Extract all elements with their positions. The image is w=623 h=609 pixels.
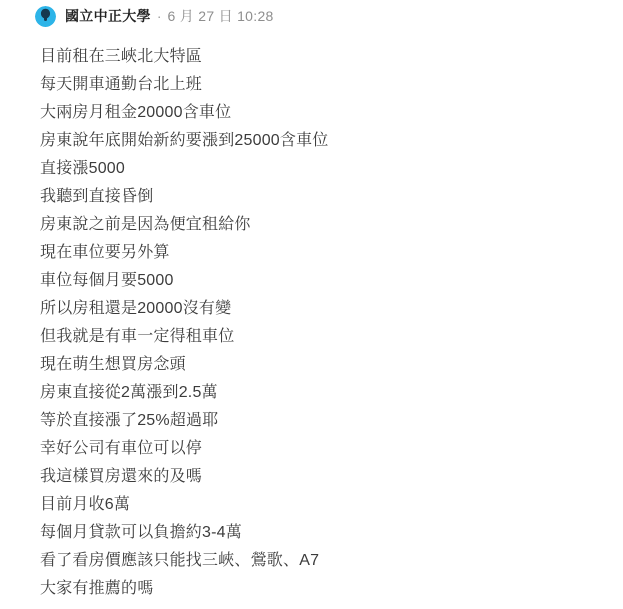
post-line: 我這樣買房還來的及嗎 (40, 463, 603, 491)
person-silhouette-icon (35, 6, 56, 27)
post-body: 目前租在三峽北大特區每天開車通勤台北上班大兩房月租金20000含車位房東說年底開… (40, 43, 603, 603)
separator-dot: · (157, 8, 162, 24)
post-line: 每天開車通勤台北上班 (40, 71, 603, 99)
post-line: 大家有推薦的嗎 (40, 575, 603, 603)
post-line: 現在車位要另外算 (40, 239, 603, 267)
author-name[interactable]: 國立中正大學 (65, 6, 151, 26)
post-timestamp: 6 月 27 日 10:28 (167, 6, 273, 26)
post-line: 我聽到直接昏倒 (40, 183, 603, 211)
post-header: 國立中正大學 · 6 月 27 日 10:28 (35, 5, 623, 27)
post-line: 直接漲5000 (40, 155, 603, 183)
avatar[interactable] (35, 6, 56, 27)
post-line: 等於直接漲了25%超過耶 (40, 407, 603, 435)
post-line: 所以房租還是20000沒有變 (40, 295, 603, 323)
post-line: 車位每個月要5000 (40, 267, 603, 295)
post-line: 房東說之前是因為便宜租給你 (40, 211, 603, 239)
post-line: 房東直接從2萬漲到2.5萬 (40, 379, 603, 407)
post-line: 目前租在三峽北大特區 (40, 43, 603, 71)
post-line: 目前月收6萬 (40, 491, 603, 519)
post-line: 房東說年底開始新約要漲到25000含車位 (40, 127, 603, 155)
post-line: 現在萌生想買房念頭 (40, 351, 603, 379)
post-card: 國立中正大學 · 6 月 27 日 10:28 目前租在三峽北大特區每天開車通勤… (0, 0, 623, 609)
post-line: 看了看房價應該只能找三峽、鶯歌、A7 (40, 547, 603, 575)
post-line: 每個月貸款可以負擔約3-4萬 (40, 519, 603, 547)
post-line: 但我就是有車一定得租車位 (40, 323, 603, 351)
post-line: 幸好公司有車位可以停 (40, 435, 603, 463)
post-line: 大兩房月租金20000含車位 (40, 99, 603, 127)
